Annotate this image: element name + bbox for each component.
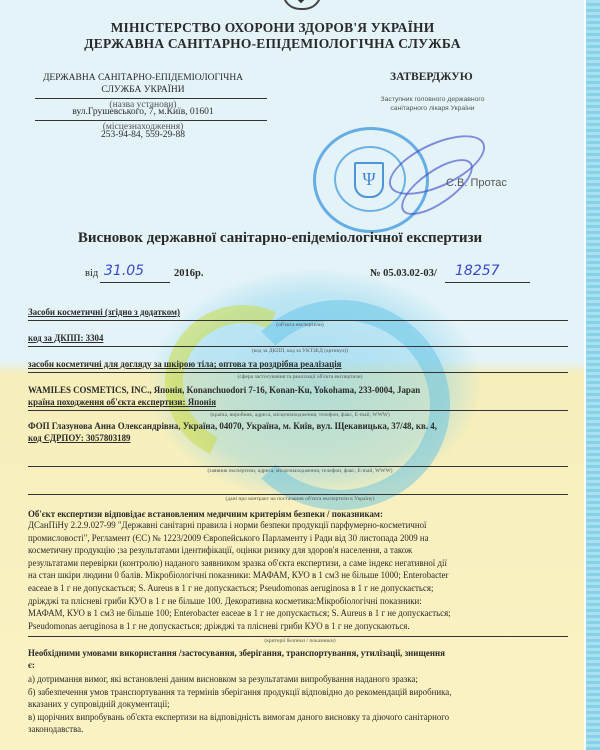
text-line: промисловості", Регламент (ЄС) № 1223/20…: [28, 532, 429, 544]
text-line: а) дотримання вимог, які встановлені дан…: [28, 673, 418, 685]
text-line: дріжджі та плісневі гриби КУО в 1 г не б…: [28, 595, 422, 607]
contract-caption: (дані про контракт на постачання об'єкта…: [0, 496, 600, 502]
institution-name-2: СЛУЖБА УКРАЇНИ: [18, 85, 268, 95]
divider: [35, 120, 267, 121]
divider: [28, 320, 568, 321]
divider: [28, 466, 568, 467]
text-line: на стан шкіри людини 0 балів. Мікробіоло…: [28, 569, 448, 581]
number-prefix: № 05.03.02-03/: [370, 268, 437, 279]
text-line: результатами перевірки (контролю) надано…: [28, 557, 447, 569]
text-line: законодавства.: [28, 723, 83, 735]
coat-of-arms-icon: [282, 0, 322, 10]
approval-title: ЗАТВЕРДЖУЮ: [390, 71, 473, 83]
approval-position-2: санітарного лікаря України: [365, 105, 500, 112]
date-prefix: від: [85, 268, 98, 279]
object-caption: (об'єкта експертизи): [0, 322, 600, 328]
usage-caption: (сфера застосування та реалізації об'єкт…: [0, 374, 600, 380]
number-handwritten: 18257: [455, 263, 500, 279]
approval-position-1: Заступник головного державного: [365, 96, 500, 103]
text-line: вказаних у супровідній документації;: [28, 698, 170, 710]
conditions-intro-2: є:: [28, 659, 35, 671]
document-title: Висновок державної санітарно-епідеміолог…: [0, 230, 560, 247]
watermark-arc-blue: [230, 300, 450, 510]
number-line: [445, 282, 530, 283]
usage-scope: засоби косметичні для догляду за шкірою …: [28, 358, 341, 370]
trident-icon: Ψ: [354, 162, 384, 198]
text-line: Pseudomonas aeruginosa в 1 г не допускає…: [28, 620, 410, 632]
institution-phones: 253-94-84, 559-29-88: [18, 130, 268, 140]
applicant-line-1: ФОП Глазунова Анна Олександрівна, Україн…: [28, 420, 437, 432]
divider: [28, 346, 568, 347]
divider: [35, 98, 267, 99]
product-code: код за ДКПП: 3304: [28, 332, 103, 344]
text-line: б) забезпечення умов транспортування та …: [28, 686, 451, 698]
text-line: ДСанПіНу 2.2.9.027-99 "Державні санітарн…: [28, 519, 427, 531]
divider: [28, 636, 568, 637]
ministry-name: МІНІСТЕРСТВО ОХОРОНИ ЗДОРОВ'Я УКРАЇНИ: [0, 20, 545, 36]
conditions-intro-1: Необхідними умовами використання /застос…: [28, 647, 445, 659]
text-line: МАФАМ, КУО в 1 см3 не більше 100; Entero…: [28, 607, 451, 619]
criteria-caption: (критерії безпеки / показники): [0, 638, 600, 644]
divider: [28, 410, 568, 411]
applicant-line-2: код ЄДРПОУ: 3057803189: [28, 432, 130, 444]
text-line: eaceae в 1 г не допускається; S. Aureus …: [28, 582, 433, 594]
date-line: [100, 282, 170, 283]
code-caption: (код за ДКПП, код за УКТЗЕД (артикул)): [0, 348, 600, 354]
country-of-origin: країна походження об'єкта експертизи: Яп…: [28, 396, 216, 408]
institution-address: вул.Грушевського, 7, м.Київ, 01601: [18, 107, 268, 117]
text-line: косметичну продукцію ;за результатами ід…: [28, 544, 412, 556]
divider: [28, 494, 568, 495]
divider: [28, 372, 568, 373]
manufacturer: WAMILES COSMETICS, INC., Японія, Konanch…: [28, 384, 420, 396]
text-line: в) щорічних випробувань об'єкта експерти…: [28, 711, 449, 723]
service-name: ДЕРЖАВНА САНІТАРНО-ЕПІДЕМІОЛОГІЧНА СЛУЖБ…: [0, 36, 545, 52]
date-handwritten: 31.05: [104, 263, 144, 279]
signatory-name: С.В. Протас: [446, 177, 507, 189]
institution-name-1: ДЕРЖАВНА САНІТАРНО-ЕПІДЕМІОЛОГІЧНА: [18, 73, 268, 83]
applicant-caption: (заявник експертизи, адреса, місцезнаход…: [0, 468, 600, 474]
date-year: 2016р.: [174, 268, 203, 279]
object-name: Засоби косметичні (згідно з додатком): [28, 306, 180, 318]
manufacturer-caption: (країна, виробник, адреса, місцезнаходже…: [0, 412, 600, 418]
